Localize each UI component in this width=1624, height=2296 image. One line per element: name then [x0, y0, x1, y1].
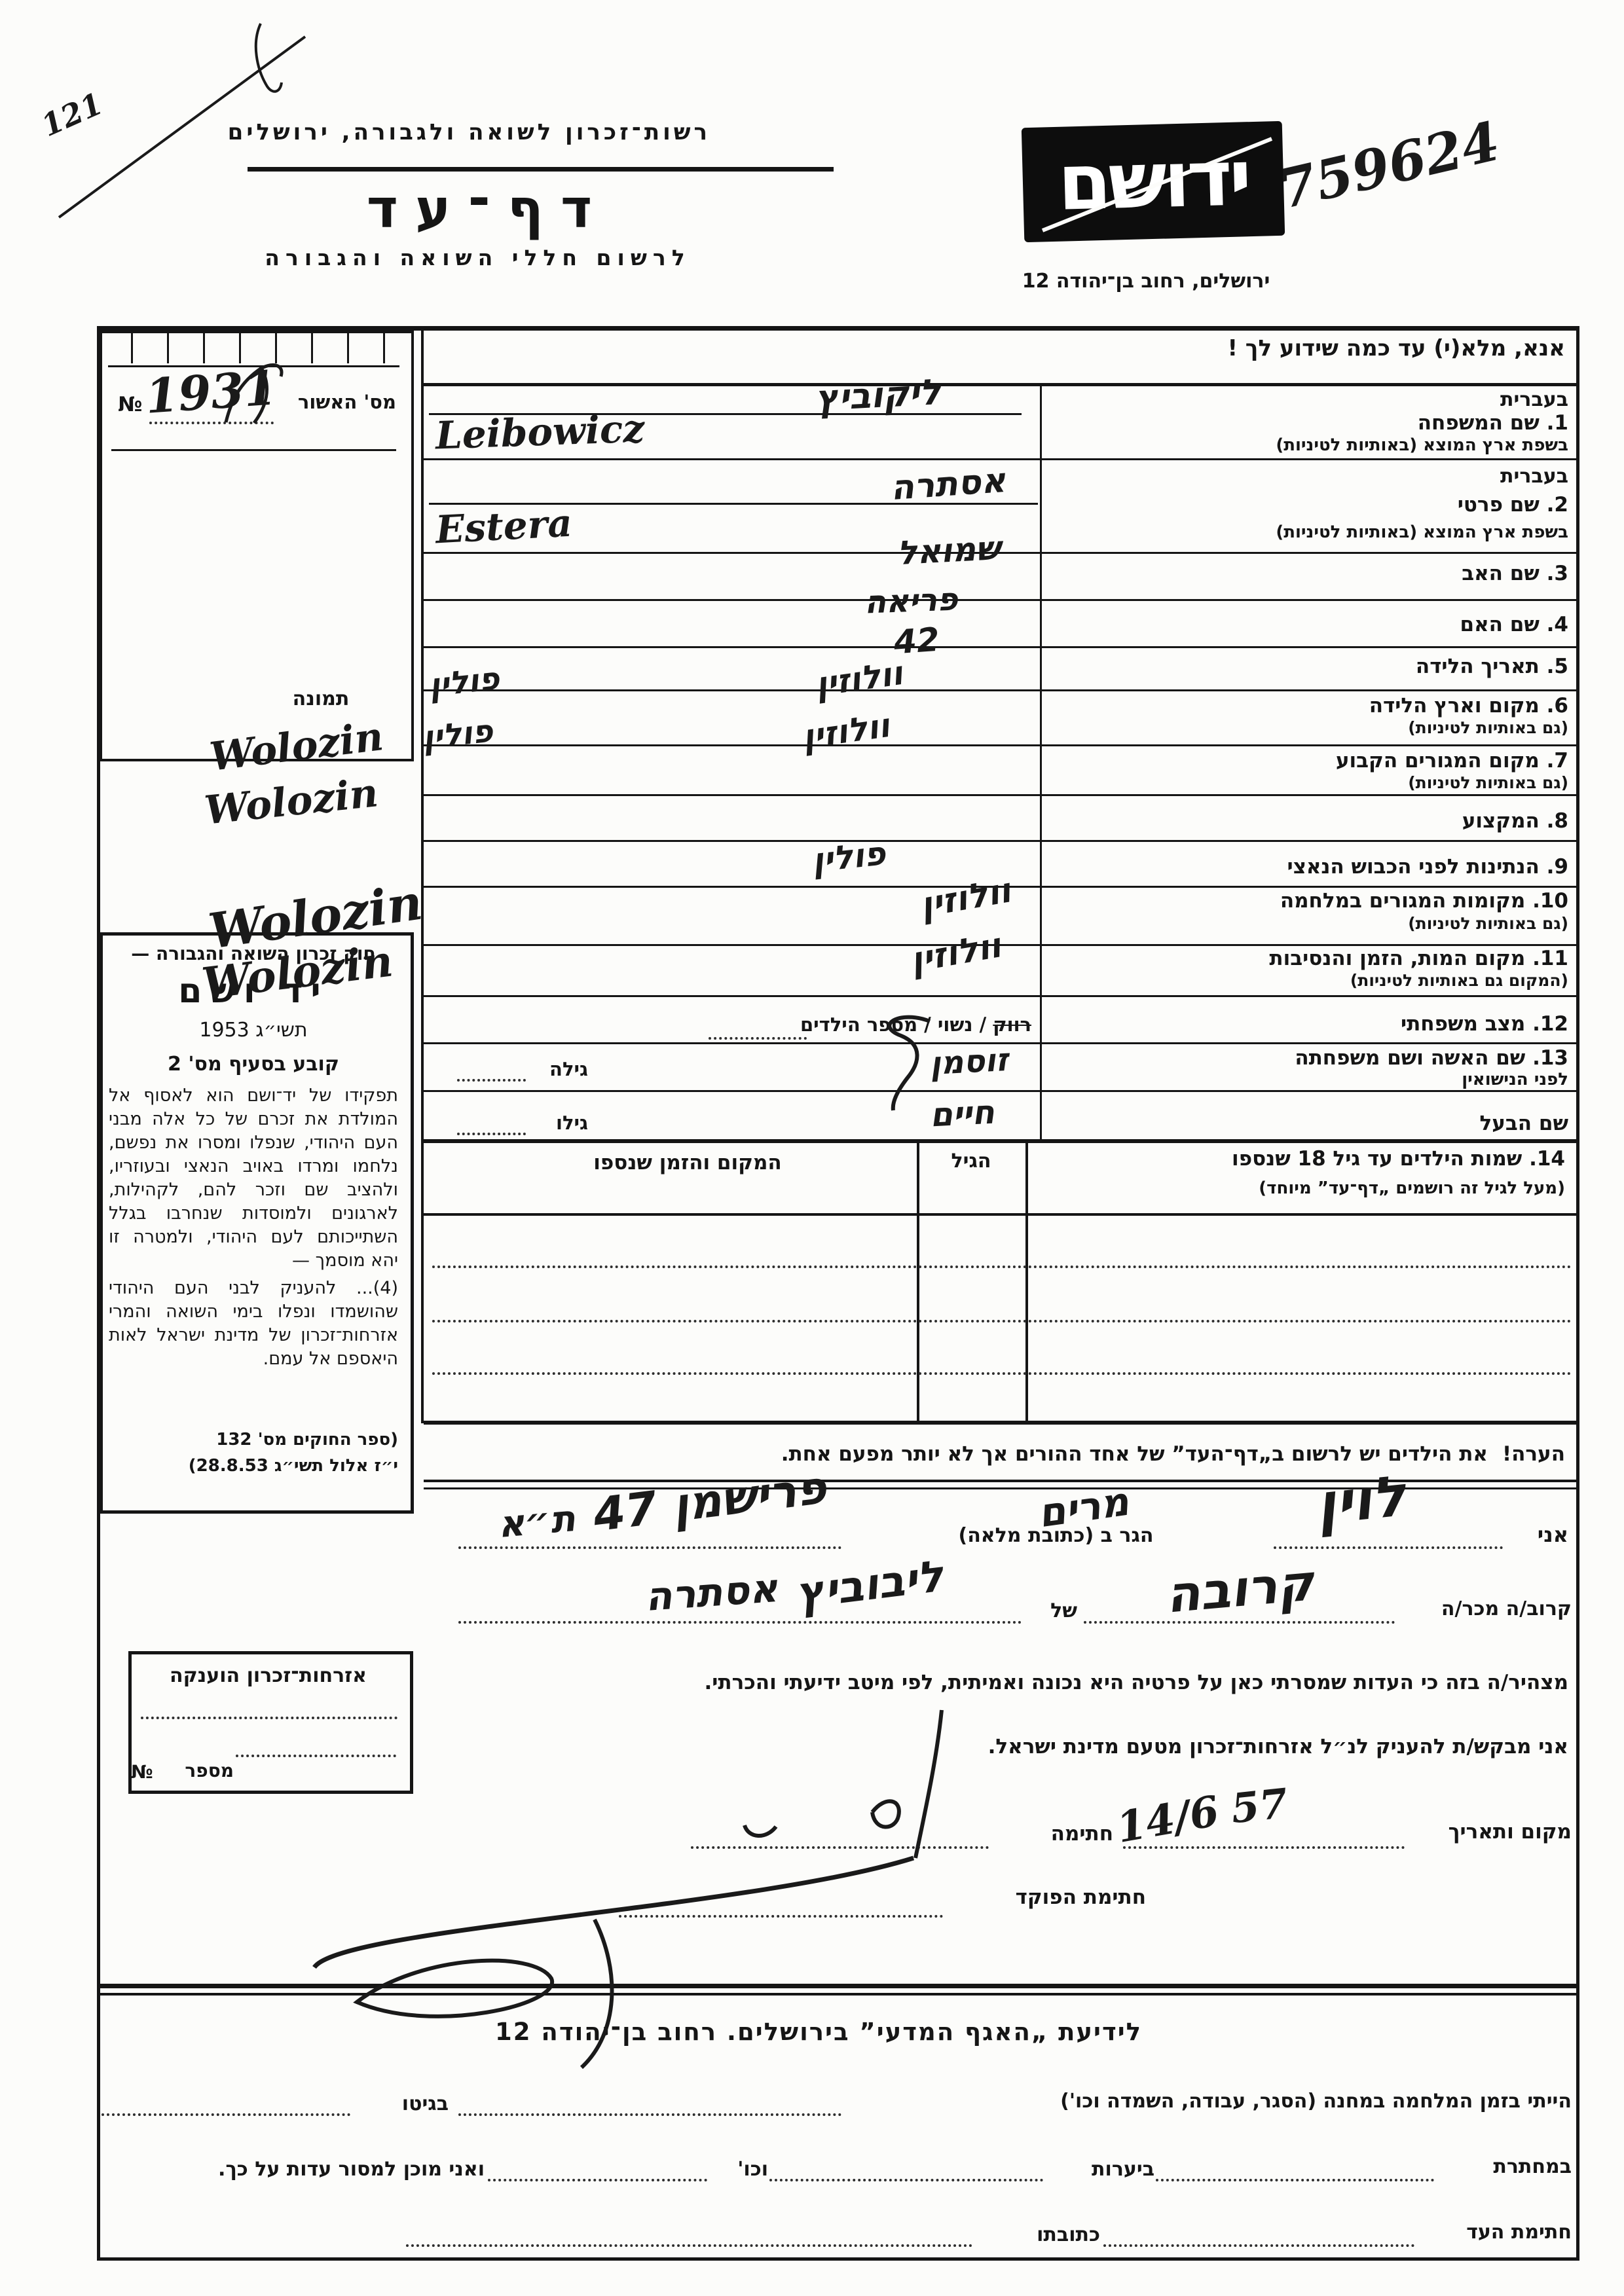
- marital-dotted-line: [709, 1037, 807, 1040]
- row-sep: [424, 646, 1576, 648]
- children-names-header: 14. שמות הילדים עד גיל 18 שנספו: [1048, 1147, 1565, 1171]
- citizenship-request: אני מבקש/ת להעניק לנ״ל אזרחות־זכרון מטעם…: [727, 1735, 1568, 1758]
- file-number-handwriting: 759624: [1273, 110, 1505, 222]
- witness-signature-stroke: [745, 1710, 942, 1858]
- residence-place-handwriting: וולוזין: [800, 706, 892, 756]
- children-col-divider-age-left: [917, 1142, 919, 1423]
- declarant-name-dotted: [1274, 1546, 1503, 1549]
- form-title: דף־עד: [357, 178, 619, 240]
- row-sep: [424, 599, 1576, 601]
- row-sep: [424, 744, 1576, 746]
- field13-sublabel: לפני הנישואין: [1048, 1070, 1568, 1089]
- witness-address-dotted: [406, 2244, 972, 2247]
- underground-label: במחתרת: [1437, 2155, 1572, 2178]
- witness-address-label: כתובתו: [976, 2223, 1100, 2246]
- approval-number-label: מס' האשור: [272, 391, 396, 413]
- declarant-i-label: אני: [1506, 1522, 1568, 1547]
- victim-firstname-handwriting: אסתרה: [644, 1565, 779, 1620]
- children-header-underline: [424, 1213, 1576, 1216]
- relation-dotted: [1084, 1621, 1395, 1624]
- field7-label: 7. מקום המגורים הקבוע: [1048, 749, 1568, 773]
- yad-vashem-logo-text: ידושם: [1022, 121, 1285, 239]
- his-age-dotted: [457, 1133, 526, 1135]
- date-day-handwriting: 14/6: [1113, 1787, 1223, 1853]
- her-age-dotted: [457, 1079, 526, 1082]
- row-sep: [424, 458, 1576, 460]
- victim-surname-handwriting: ליבוביץ: [793, 1551, 946, 1619]
- etc-dotted: [488, 2179, 707, 2181]
- approval-number-handwriting: 1931: [143, 359, 278, 424]
- number-strip-tick: [383, 332, 385, 363]
- authority-underline: [248, 167, 834, 172]
- field6-sublabel: (גם באותיות לטיניות): [1048, 718, 1568, 737]
- camp-dotted: [458, 2113, 841, 2116]
- relation-handwriting: קרובה: [1164, 1553, 1316, 1624]
- family-name-latin-handwriting: Leibowicz: [435, 406, 645, 458]
- number-strip-tick: [347, 332, 349, 363]
- birth-place-handwriting: וולוזין: [813, 654, 905, 704]
- rule-fields-bottom: [424, 1139, 1576, 1143]
- declaration-statement: מצהיר/ה בזה כי העדות שמסרתי כאן על פרטיה…: [445, 1671, 1568, 1694]
- ghetto-dotted: [101, 2113, 350, 2116]
- field3-label: 3. שם האב: [1048, 562, 1568, 585]
- children-row-dotted: [432, 1372, 1572, 1375]
- husband-label: שם הבעל: [1048, 1112, 1568, 1135]
- children-place-header: המקום והזמן שנספו: [491, 1151, 884, 1175]
- field10-sublabel: (גם באותיות לטיניות): [1048, 914, 1568, 933]
- border-bottom: [97, 2257, 1579, 2261]
- form-subtitle: לרשום חללי השואה והגבורה: [244, 245, 712, 270]
- clerk-signature-loop: [357, 1961, 552, 2016]
- citizenship-dotted-2: [236, 1755, 396, 1757]
- ready-to-testify-label: ואני מוכן למסור עדות על כך.: [98, 2158, 485, 2181]
- her-age-label: גילה: [529, 1058, 588, 1080]
- approval-no-sign: №: [118, 393, 149, 416]
- family-name-hebrew-handwriting: ליקוביץ: [814, 371, 941, 419]
- marital-options-rest: / נשוי / מספר הילדים: [800, 1013, 993, 1036]
- field4-label: 4. שם האם: [1048, 613, 1568, 636]
- law-clause: (4)... להעניק לבני העם היהודי שהושמדו ונ…: [109, 1277, 398, 1371]
- field13-label: 13. שם האשה ושם משפחתה: [1048, 1046, 1568, 1070]
- field1-pre: בעברית: [1048, 388, 1568, 411]
- row-sep: [424, 1090, 1576, 1092]
- section-divider-1: [97, 1984, 1579, 1988]
- field10-label: 10. מקומות המגורים במלחמה: [1048, 889, 1568, 913]
- signature-dotted: [691, 1846, 989, 1849]
- note-text: את הילדים יש לרשום ב„דף־העד” של אחד ההור…: [781, 1442, 1488, 1466]
- field1-label: 1. שם המשפחה: [1048, 411, 1568, 435]
- approval-row-underline: [111, 449, 396, 451]
- pen-squiggle-top: [256, 24, 282, 92]
- number-strip-tick: [275, 332, 277, 363]
- number-strip-tick: [131, 332, 133, 363]
- field2-label: 2. שם פרטי: [1048, 493, 1568, 517]
- field2-sublabel: בשפת ארץ המוצא (באותיות לטיניות): [1048, 522, 1568, 542]
- death-place-handwriting: וולוזין: [908, 926, 1004, 980]
- residence-country-handwriting: פולין: [420, 713, 494, 757]
- witness-signature-dotted: [1103, 2244, 1414, 2247]
- citizenship-dotted-1: [141, 1717, 397, 1719]
- authority-line: רשות־זכרון לשואה ולגבורה, ירושלים: [249, 119, 710, 145]
- clerk-signature-dotted: [619, 1915, 943, 1918]
- children-col-divider-age-right: [1025, 1142, 1028, 1423]
- testimony-page-scan: 121 רשות־זכרון לשואה ולגבורה, ירושלים דף…: [0, 0, 1624, 2296]
- clerk-signature-sweep: [314, 1858, 913, 1967]
- wife-name-handwriting: זוסמן: [929, 1042, 1009, 1082]
- number-strip-tick: [167, 332, 169, 363]
- children-row-dotted: [432, 1320, 1572, 1322]
- forests-label: ביערות: [1046, 2158, 1154, 2181]
- field5-label: 5. תאריך הלידה: [1048, 655, 1568, 678]
- note-line: הערה!את הילדים יש לרשום ב„דף־העד” של אחד…: [432, 1442, 1565, 1466]
- field6-label: 6. מקום וארץ הלידה: [1048, 694, 1568, 718]
- date-year-handwriting: 57: [1228, 1779, 1289, 1833]
- residence-place-latin-handwriting: Wolozin: [202, 770, 380, 833]
- field11-sublabel: (המקום גם באותיות לטיניות): [1048, 971, 1568, 990]
- field11-label: 11. מקום המות, הזמן והנסיבות: [1048, 947, 1568, 970]
- row-sep: [424, 689, 1576, 691]
- number-strip-tick: [239, 332, 241, 363]
- field7-sublabel: (גם באותיות לטיניות): [1048, 773, 1568, 792]
- etc-label: וכו': [710, 2158, 768, 2181]
- relation-label: קרוב/ה מכר/ה: [1398, 1597, 1572, 1620]
- yad-vashem-logo: ידושם: [1022, 121, 1285, 242]
- rule-under-intro: [424, 383, 1576, 386]
- citizenship-granted-title: אזרחות־זכרון הוענקה: [139, 1664, 397, 1687]
- row-sep: [424, 794, 1576, 796]
- law-paragraph: תפקידו של יד־ושם הוא לאסוף אל המולדת את …: [109, 1084, 398, 1273]
- law-year-line: תשי״ג 1953: [106, 1019, 401, 1042]
- children-table-bottom: [424, 1421, 1576, 1425]
- field9-label: 9. הנתינות לפני הכבוש הנאצי: [1048, 855, 1568, 879]
- field2-pre: בעברית: [1048, 465, 1568, 488]
- law-source-line-1: (ספר החוקים מס' 132: [109, 1430, 398, 1449]
- corner-number-handwriting: 121: [36, 86, 108, 143]
- camp-label: הייתי בזמן המלחמה במחנה (הסגר, עבודה, הש…: [845, 2090, 1572, 2113]
- declarant-city-handwriting: ת״א: [496, 1497, 577, 1546]
- mother-name-handwriting: פריאה: [864, 581, 958, 621]
- husband-name-handwriting: חיים: [929, 1093, 996, 1134]
- declarant-street-handwriting: פרישמן 47: [590, 1461, 829, 1542]
- section-divider-2: [97, 1993, 1579, 1995]
- number-strip-tick: [203, 332, 205, 363]
- address-dotted: [458, 1546, 841, 1549]
- field1-sublabel: בשפת ארץ המוצא (באותיות לטיניות): [1048, 435, 1568, 455]
- border-right: [1576, 326, 1579, 2261]
- signature-label: חתימה: [992, 1822, 1113, 1846]
- clerk-signature-label: חתימת הפוקד: [946, 1886, 1146, 1909]
- place-date-dotted: [1123, 1846, 1405, 1849]
- science-section-title: לידיעת „האגף המדעי” בירושלים. רחוב בן־יה…: [419, 2018, 1218, 2046]
- his-age-label: גילו: [529, 1112, 588, 1134]
- children-age-header: הגיל: [917, 1150, 1025, 1173]
- field12-label: 12. מצב משפחתי: [1048, 1012, 1568, 1036]
- children-row-dotted: [432, 1266, 1572, 1268]
- field8-label: 8. המקצוע: [1048, 809, 1568, 833]
- citizenship-no-sign: №: [131, 1761, 164, 1783]
- birth-country-handwriting: פולין: [427, 661, 501, 704]
- law-source-line-2: י״ז אלול תשי״ג 28.8.53): [109, 1456, 398, 1476]
- war-residence-handwriting: וולוזין: [917, 871, 1014, 925]
- citizenship-number-label: מספר: [165, 1760, 234, 1781]
- row-sep: [424, 840, 1576, 842]
- forests-dotted: [769, 2179, 1043, 2181]
- declarant-surname-handwriting: לוין: [1313, 1463, 1409, 1538]
- row-sep: [424, 995, 1576, 997]
- of-label: של: [1025, 1599, 1077, 1622]
- number-strip-tick: [311, 332, 313, 363]
- law-section-line: קובע בסעיף מס' 2: [106, 1053, 401, 1076]
- divider-photo-column: [421, 329, 424, 1423]
- first-name-latin-handwriting: Estera: [434, 501, 573, 553]
- witness-signature-label: חתימת העד: [1418, 2221, 1572, 2244]
- note-label: הערה!: [1488, 1442, 1565, 1466]
- citizenship-handwriting: פולין: [810, 834, 887, 879]
- intro-instruction: אנא, מלא(י) עד כמה שידוע לך !: [819, 335, 1565, 361]
- of-dotted: [458, 1621, 1022, 1624]
- father-name-handwriting: שמואל: [896, 529, 1001, 572]
- underground-dotted: [1156, 2179, 1434, 2181]
- rule-top: [97, 326, 1579, 331]
- ghetto-label: בגיטו: [354, 2092, 449, 2115]
- photo-label: תמונה: [278, 687, 363, 710]
- marital-option-single: רווק: [993, 1013, 1031, 1036]
- office-address: ירושלים, רחוב בן־יהודה 12: [1008, 270, 1283, 293]
- divider-label-column: [1040, 383, 1042, 1140]
- place-date-label: מקום ותאריך: [1405, 1820, 1572, 1844]
- first-name-hebrew-handwriting: אסתרה: [889, 461, 1007, 508]
- marital-options: רווק / נשוי / מספר הילדים: [701, 1013, 1031, 1036]
- children-names-subheader: (מעל לגיל זה רושמים „דף־עד” מיוחד): [1048, 1178, 1565, 1198]
